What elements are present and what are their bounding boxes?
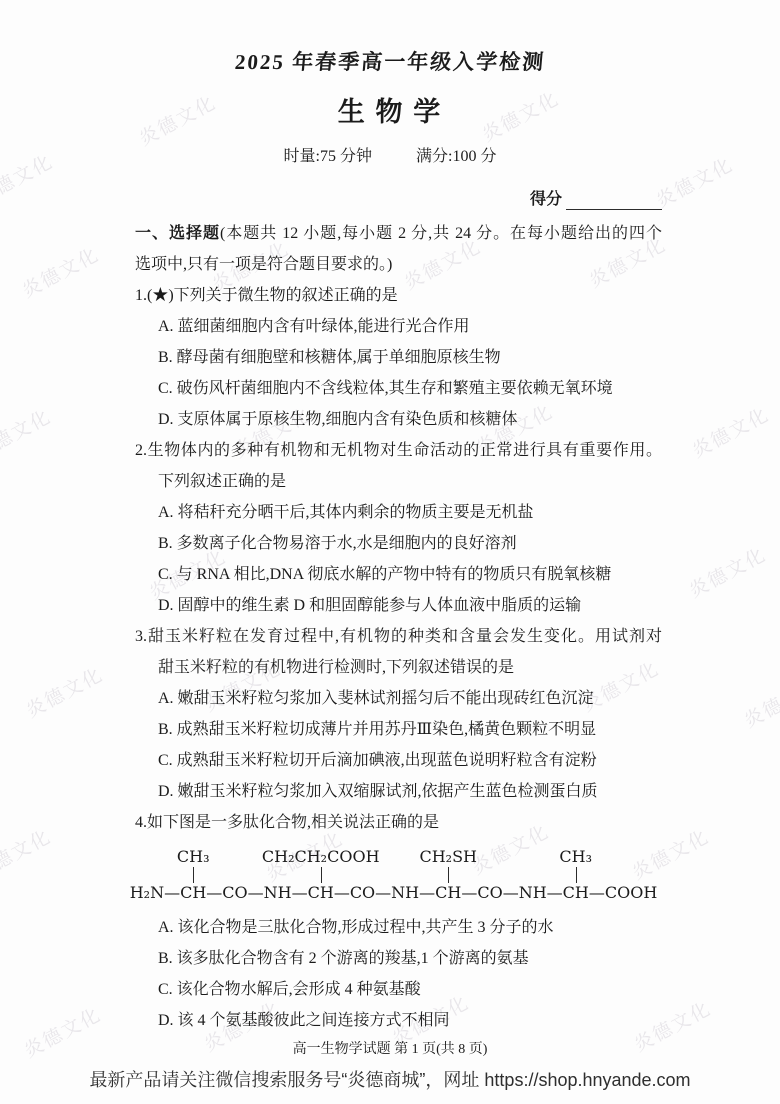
option-line: C. 该化合物水解后,会形成 4 种氨基酸	[135, 974, 662, 1005]
option-line: D. 该 4 个氨基酸彼此之间连接方式不相同	[135, 1005, 662, 1036]
chain-segment: —COOH	[589, 882, 657, 904]
side-chain-label: CH₃	[177, 848, 210, 866]
peptide-structure: H₂N— CH₃ CH —CO—NH— CH₂CH₂COOH CH —CO—NH…	[135, 842, 652, 904]
section-intro: (本题共 12 小题,每小题 2 分,共 24 分。在每小题给出的四个	[220, 225, 662, 242]
option-line: C. 破伤风杆菌细胞内不含线粒体,其生存和繁殖主要依赖无氧环境	[135, 373, 662, 404]
vertical-bond-icon	[576, 867, 577, 883]
residue: CH₂CH₂COOH CH	[308, 842, 334, 904]
watermark-text: 炎德文化	[17, 240, 104, 303]
exam-title: 2025 年春季高一年级入学检测	[234, 48, 547, 76]
residue: CH₃ CH	[180, 842, 206, 904]
option-line: C. 成熟甜玉米籽粒切开后滴加碘液,出现蓝色说明籽粒含有淀粉	[135, 745, 662, 776]
option-line: A. 该化合物是三肽化合物,形成过程中,共产生 3 分子的水	[135, 912, 662, 943]
alpha-carbon: CH	[563, 882, 589, 904]
chain-segment: —CO—NH—	[334, 882, 435, 904]
question-stem: 1.(★)下列关于微生物的叙述正确的是	[135, 280, 662, 311]
option-line: A. 将秸秆充分晒干后,其体内剩余的物质主要是无机盐	[135, 497, 662, 528]
question-number: 4.	[135, 814, 147, 831]
vertical-bond-icon	[448, 867, 449, 883]
option-line: D. 嫩甜玉米籽粒匀浆加入双缩脲试剂,依据产生蓝色检测蛋白质	[135, 776, 662, 807]
question-stem-text: 如下图是一多肽化合物,相关说法正确的是	[147, 814, 439, 831]
promo-banner: 最新产品请关注微信搜索服务号“炎德商城”，网址 https://shop.hny…	[0, 1068, 780, 1092]
score-blank-line	[566, 191, 662, 210]
section-title: 一、选择题	[135, 225, 220, 242]
question-number: 2.	[135, 442, 147, 459]
chain-segment: —CO—NH—	[461, 882, 562, 904]
option-line: D. 支原体属于原核生物,细胞内含有染色质和核糖体	[135, 404, 662, 435]
duration-label: 时量:75 分钟	[284, 148, 372, 165]
option-line: C. 与 RNA 相比,DNA 彻底水解的产物中特有的物质只有脱氧核糖	[135, 559, 662, 590]
option-line: B. 该多肽化合物含有 2 个游离的羧基,1 个游离的氨基	[135, 943, 662, 974]
watermark-text: 炎德文化	[739, 670, 780, 733]
option-line: A. 嫩甜玉米籽粒匀浆加入斐林试剂摇匀后不能出现砖红色沉淀	[135, 683, 662, 714]
question-stem-text: 甜玉米籽粒在发育过程中,有机物的种类和含量会发生变化。用试剂对	[147, 628, 662, 645]
watermark-text: 炎德文化	[21, 660, 108, 723]
watermark-text: 炎德文化	[687, 400, 774, 463]
question-stem: 2.生物体内的多种有机物和无机物对生命活动的正常进行具有重要作用。	[135, 435, 662, 466]
vertical-bond-icon	[193, 867, 194, 883]
watermark-text: 炎德文化	[684, 540, 771, 603]
question-area: 一、选择题(本题共 12 小题,每小题 2 分,共 24 分。在每小题给出的四个…	[135, 218, 662, 1036]
page-footer: 高一生物学试题 第 1 页(共 8 页)	[0, 1040, 780, 1060]
score-box: 得分	[530, 190, 662, 210]
full-score-label: 满分:100 分	[416, 148, 496, 165]
question-stem-text: (★)下列关于微生物的叙述正确的是	[147, 287, 398, 304]
watermark-text: 炎德文化	[0, 822, 55, 885]
residue: CH₂SH CH	[435, 842, 461, 904]
subject-title: 生 物 学	[0, 94, 780, 130]
vertical-bond-icon	[321, 867, 322, 883]
question-number: 3.	[135, 628, 147, 645]
option-line: B. 成熟甜玉米籽粒切成薄片并用苏丹Ⅲ染色,橘黄色颗粒不明显	[135, 714, 662, 745]
option-line: D. 固醇中的维生素 D 和胆固醇能参与人体血液中脂质的运输	[135, 590, 662, 621]
side-chain-label: CH₂SH	[419, 848, 477, 866]
header: 2025 年春季高一年级入学检测 生 物 学 时量:75 分钟 满分:100 分	[0, 0, 780, 168]
question-number: 1.	[135, 287, 147, 304]
question-stem-text: 甜玉米籽粒的有机物进行检测时,下列叙述错误的是	[135, 652, 662, 683]
chain-segment: —CO—NH—	[206, 882, 307, 904]
watermark-text: 炎德文化	[0, 402, 55, 465]
question-stem-text: 下列叙述正确的是	[135, 466, 662, 497]
exam-meta: 时量:75 分钟 满分:100 分	[0, 146, 780, 168]
exam-page: 炎德文化 炎德文化 炎德文化 炎德文化 炎德文化 炎德文化 炎德文化 炎德文化 …	[0, 0, 780, 1104]
side-chain-label: CH₂CH₂COOH	[262, 848, 380, 866]
option-line: B. 酵母菌有细胞壁和核糖体,属于单细胞原核生物	[135, 342, 662, 373]
side-chain-label: CH₃	[559, 848, 592, 866]
question-stem: 4.如下图是一多肽化合物,相关说法正确的是	[135, 807, 662, 838]
alpha-carbon: CH	[308, 882, 334, 904]
question-stem-text: 生物体内的多种有机物和无机物对生命活动的正常进行具有重要作用。	[147, 442, 662, 459]
score-label: 得分	[530, 190, 562, 210]
option-line: B. 多数离子化合物易溶于水,水是细胞内的良好溶剂	[135, 528, 662, 559]
alpha-carbon: CH	[435, 882, 461, 904]
residue: CH₃ CH	[563, 842, 589, 904]
section-heading-line: 一、选择题(本题共 12 小题,每小题 2 分,共 24 分。在每小题给出的四个	[135, 218, 662, 249]
alpha-carbon: CH	[180, 882, 206, 904]
option-line: A. 蓝细菌细胞内含有叶绿体,能进行光合作用	[135, 311, 662, 342]
section-heading-line: 选项中,只有一项是符合题目要求的。)	[135, 249, 662, 280]
chain-segment: H₂N—	[130, 882, 180, 904]
question-stem: 3.甜玉米籽粒在发育过程中,有机物的种类和含量会发生变化。用试剂对	[135, 621, 662, 652]
